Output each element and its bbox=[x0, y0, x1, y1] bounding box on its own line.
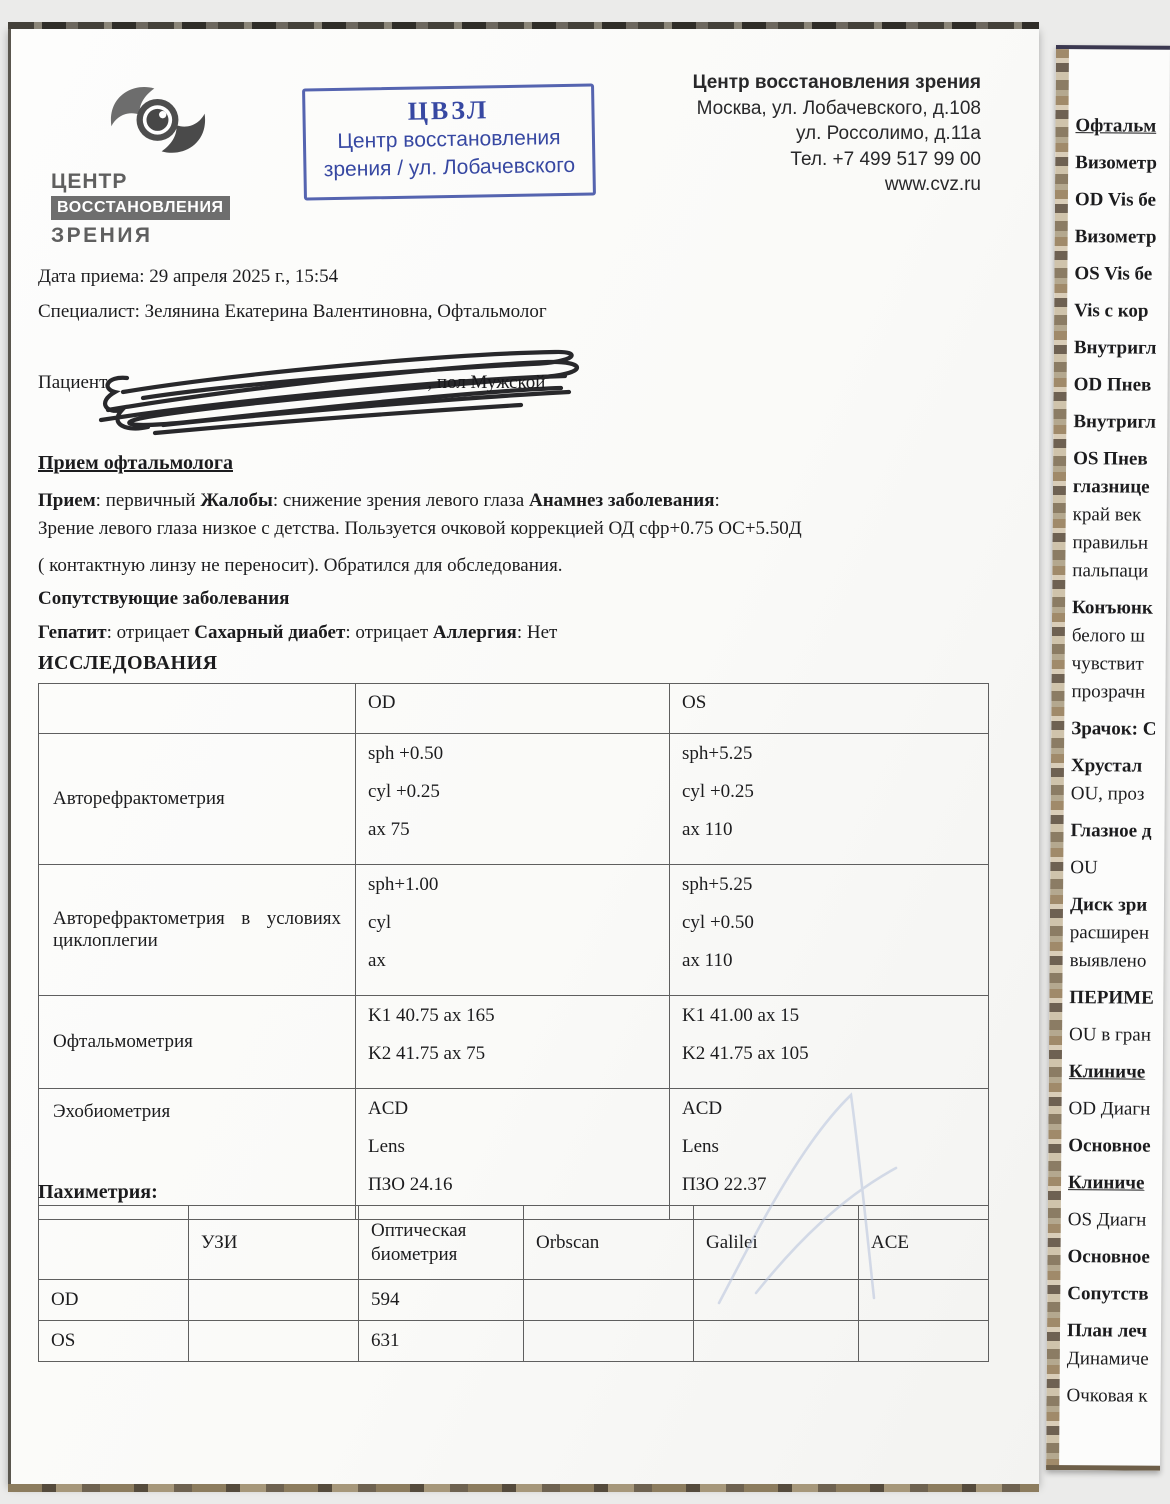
page2-text-line: край век bbox=[1073, 503, 1167, 527]
cell-line: ax 75 bbox=[368, 818, 657, 841]
document-page-1: ЦЕНТР ВОССТАНОВЛЕНИЯ ЗРЕНИЯ ЦВЗЛ Центр в… bbox=[8, 28, 1039, 1485]
page2-text-line: прозрачн bbox=[1071, 680, 1165, 704]
page2-text-line: Внутригл bbox=[1074, 336, 1168, 360]
column-header-orbscan: Orbscan bbox=[524, 1206, 694, 1280]
page2-text-line: Конъюнк bbox=[1072, 596, 1166, 620]
eye-logo-icon bbox=[103, 82, 213, 162]
page2-text-line: ПЕРИМЕ bbox=[1069, 986, 1163, 1010]
page2-text-line: OS Диагн bbox=[1068, 1208, 1162, 1232]
page2-text-line: выявлено bbox=[1070, 949, 1164, 973]
page2-text-line: OU bbox=[1070, 856, 1164, 880]
cell-line: K2 41.75 ax 75 bbox=[368, 1042, 657, 1065]
table-header-row: УЗИ Оптическая биометрия Orbscan Galilei… bbox=[39, 1206, 989, 1280]
table-cell-empty bbox=[39, 1206, 189, 1280]
column-header-os: OS bbox=[670, 684, 989, 734]
page2-text-line: Офтальм bbox=[1075, 114, 1169, 138]
table-cell-od: ACD Lens ПЗО 24.16 bbox=[356, 1089, 670, 1220]
table-cell bbox=[524, 1321, 694, 1362]
section-title-ophthalmologist: Прием офтальмолога bbox=[38, 450, 233, 476]
page2-text-line: OS Пнев bbox=[1073, 447, 1167, 471]
clinic-website: www.cvz.ru bbox=[693, 172, 981, 198]
logo-text-line3: ЗРЕНИЯ bbox=[51, 224, 153, 248]
page2-text-line: правильн bbox=[1072, 531, 1166, 555]
patient-line: Пациент, пол Мужской bbox=[38, 372, 545, 394]
clinic-contact-block: Центр восстановления зрения Москва, ул. … bbox=[693, 70, 981, 198]
table-cell bbox=[524, 1280, 694, 1321]
table-cell-os: K1 41.00 ax 15 K2 41.75 ax 105 bbox=[670, 996, 989, 1089]
stamp-line2: зрения / ул. Лобачевского bbox=[306, 152, 592, 185]
cell-line: ACD bbox=[682, 1097, 976, 1120]
cell-line: sph +0.50 bbox=[368, 742, 657, 765]
page2-text-line: Vis с кор bbox=[1074, 299, 1168, 323]
anamnesis-line1: Прием: первичный Жалобы: снижение зрения… bbox=[38, 488, 988, 514]
page2-text-line: Визометр bbox=[1075, 151, 1169, 175]
page2-text-line: Клиниче bbox=[1069, 1060, 1163, 1084]
table-row: OD 594 bbox=[39, 1280, 989, 1321]
cell-line: sph+5.25 bbox=[682, 873, 976, 896]
cell-line: cyl bbox=[368, 911, 657, 934]
table-row: OS 631 bbox=[39, 1321, 989, 1362]
comorbid-seg: Сахарный диабет bbox=[194, 622, 345, 643]
table-row: Авторефрактометрия в условиях циклоплеги… bbox=[39, 865, 989, 996]
clinic-phone: Тел. +7 499 517 99 00 bbox=[693, 147, 981, 173]
page2-text-line: Диск зри bbox=[1070, 893, 1164, 917]
table-cell-od: K1 40.75 ax 165 K2 41.75 ax 75 bbox=[356, 996, 670, 1089]
page2-text-line: Клиниче bbox=[1068, 1171, 1162, 1195]
logo-text-line1: ЦЕНТР bbox=[51, 170, 127, 194]
document-page-2: ОфтальмВизометрOD Vis беВизометрOS Vis б… bbox=[1046, 45, 1170, 1471]
torn-spiral-edge bbox=[1046, 49, 1069, 1470]
comorbidities-line: Гепатит: отрицает Сахарный диабет: отриц… bbox=[38, 620, 988, 646]
cell-line: Lens bbox=[368, 1135, 657, 1158]
table-cell bbox=[694, 1321, 859, 1362]
page2-text-line: Хрустал bbox=[1071, 754, 1165, 778]
table-row: Авторефрактометрия sph +0.50 cyl +0.25 a… bbox=[39, 734, 989, 865]
cell-line: ax 110 bbox=[682, 818, 976, 841]
cell-line: cyl +0.50 bbox=[682, 911, 976, 934]
scanned-document-photo: ЦЕНТР ВОССТАНОВЛЕНИЯ ЗРЕНИЯ ЦВЗЛ Центр в… bbox=[0, 0, 1170, 1504]
page2-text-line: белого ш bbox=[1072, 624, 1166, 648]
table-row: Эхобиометрия ACD Lens ПЗО 24.16 ACD Lens… bbox=[39, 1089, 989, 1220]
clinic-address2: ул. Россолимо, д.11а bbox=[693, 121, 981, 147]
page2-text-line: OS Vis бе bbox=[1074, 262, 1168, 286]
table-row: Офтальмометрия K1 40.75 ax 165 K2 41.75 … bbox=[39, 996, 989, 1089]
visit-date-line: Дата приема: 29 апреля 2025 г., 15:54 bbox=[38, 264, 338, 290]
row-label: Авторефрактометрия bbox=[39, 734, 356, 865]
comorbidities-title: Сопутствующие заболевания bbox=[38, 586, 289, 612]
column-header-ace: ACE bbox=[859, 1206, 989, 1280]
pachymetry-table: УЗИ Оптическая биометрия Orbscan Galilei… bbox=[38, 1205, 989, 1362]
table-cell bbox=[859, 1321, 989, 1362]
page2-text-line: Очковая к bbox=[1066, 1384, 1160, 1408]
cell-line: ПЗО 22.37 bbox=[682, 1173, 976, 1196]
cell-line: Lens bbox=[682, 1135, 976, 1158]
table-header-row: OD OS bbox=[39, 684, 989, 734]
patient-label: Пациент bbox=[38, 372, 107, 393]
page2-text-line: OU, проз bbox=[1071, 782, 1165, 806]
clinic-stamp: ЦВЗЛ Центр восстановления зрения / ул. Л… bbox=[302, 83, 596, 200]
page2-text-line: Основное bbox=[1068, 1134, 1162, 1158]
comorbid-seg: : отрицает bbox=[345, 622, 433, 643]
clinic-address1: Москва, ул. Лобачевского, д.108 bbox=[693, 96, 981, 122]
cell-line: sph+1.00 bbox=[368, 873, 657, 896]
cell-line: ACD bbox=[368, 1097, 657, 1120]
page2-text-line: OD Vis бе bbox=[1075, 188, 1169, 212]
cell-line: ax bbox=[368, 949, 657, 972]
examinations-table: OD OS Авторефрактометрия sph +0.50 cyl +… bbox=[38, 683, 989, 1220]
table-cell-os: ACD Lens ПЗО 22.37 bbox=[670, 1089, 989, 1220]
comorbid-seg: Аллергия bbox=[433, 622, 517, 643]
table-cell bbox=[859, 1280, 989, 1321]
page2-text-line: Внутригл bbox=[1073, 410, 1167, 434]
page2-text-line: OU в гран bbox=[1069, 1023, 1163, 1047]
specialist-line: Специалист: Зелянина Екатерина Валентино… bbox=[38, 299, 547, 325]
column-header-galilei: Galilei bbox=[694, 1206, 859, 1280]
pachymetry-title: Пахиметрия: bbox=[38, 1181, 158, 1204]
research-title: ИССЛЕДОВАНИЯ bbox=[38, 652, 218, 675]
page2-text-line: Сопутств bbox=[1067, 1282, 1161, 1306]
table-cell-od: sph+1.00 cyl ax bbox=[356, 865, 670, 996]
anamnesis-seg: : снижение зрения левого глаза bbox=[273, 490, 529, 511]
anamnesis-seg: : первичный bbox=[96, 490, 201, 511]
table-cell-os: sph+5.25 cyl +0.25 ax 110 bbox=[670, 734, 989, 865]
anamnesis-seg: Анамнез заболевания bbox=[529, 490, 715, 511]
row-label: Офтальмометрия bbox=[39, 996, 356, 1089]
cell-line: K2 41.75 ax 105 bbox=[682, 1042, 976, 1065]
logo-text-line2: ВОССТАНОВЛЕНИЯ bbox=[51, 196, 230, 220]
cell-line: ПЗО 24.16 bbox=[368, 1173, 657, 1196]
column-header-optical-biometry: Оптическая биометрия bbox=[359, 1206, 524, 1280]
page2-text-line: расширен bbox=[1070, 921, 1164, 945]
comorbid-seg: Гепатит bbox=[38, 622, 107, 643]
column-header-uzi: УЗИ bbox=[189, 1206, 359, 1280]
comorbid-seg: : отрицает bbox=[107, 622, 195, 643]
cell-line: K1 41.00 ax 15 bbox=[682, 1004, 976, 1027]
row-label-os: OS bbox=[39, 1321, 189, 1362]
table-cell: 594 bbox=[359, 1280, 524, 1321]
page2-text-column: ОфтальмВизометрOD Vis беВизометрOS Vis б… bbox=[1066, 114, 1169, 1408]
cell-line: cyl +0.25 bbox=[682, 780, 976, 803]
comorbid-seg: : Нет bbox=[517, 622, 558, 643]
patient-suffix: , пол Мужской bbox=[427, 372, 545, 393]
table-cell-od: sph +0.50 cyl +0.25 ax 75 bbox=[356, 734, 670, 865]
anamnesis-seg: Прием bbox=[38, 490, 96, 511]
page2-text-line: глазнице bbox=[1073, 475, 1167, 499]
page2-text-line: Визометр bbox=[1075, 225, 1169, 249]
clinic-name: Центр восстановления зрения bbox=[693, 70, 981, 96]
table-cell bbox=[694, 1280, 859, 1321]
table-cell bbox=[189, 1321, 359, 1362]
page2-text-line: Динамиче bbox=[1067, 1347, 1161, 1371]
table-cell: 631 bbox=[359, 1321, 524, 1362]
cell-line: sph+5.25 bbox=[682, 742, 976, 765]
page2-text-line: Глазное д bbox=[1070, 819, 1164, 843]
page2-text-line: чувствит bbox=[1072, 652, 1166, 676]
table-cell-empty bbox=[39, 684, 356, 734]
page2-text-line: пальпаци bbox=[1072, 559, 1166, 583]
anamnesis-seg: Жалобы bbox=[200, 490, 272, 511]
table-cell bbox=[189, 1280, 359, 1321]
page2-text-line: OD Диагн bbox=[1068, 1097, 1162, 1121]
row-label: Авторефрактометрия в условиях циклоплеги… bbox=[39, 865, 356, 996]
table-cell-os: sph+5.25 cyl +0.50 ax 110 bbox=[670, 865, 989, 996]
column-header-od: OD bbox=[356, 684, 670, 734]
cell-line: K1 40.75 ax 165 bbox=[368, 1004, 657, 1027]
cell-line: ax 110 bbox=[682, 949, 976, 972]
cell-line: cyl +0.25 bbox=[368, 780, 657, 803]
anamnesis-line3: ( контактную линзу не переносит). Обрати… bbox=[38, 553, 988, 579]
page2-text-line: План леч bbox=[1067, 1319, 1161, 1343]
anamnesis-seg: : bbox=[715, 490, 720, 511]
row-label-od: OD bbox=[39, 1280, 189, 1321]
page2-text-line: Основное bbox=[1067, 1245, 1161, 1269]
anamnesis-line2: Зрение левого глаза низкое с детства. По… bbox=[38, 516, 998, 542]
page2-text-line: OD Пнев bbox=[1074, 373, 1168, 397]
page2-text-line: Зрачок: С bbox=[1071, 717, 1165, 741]
